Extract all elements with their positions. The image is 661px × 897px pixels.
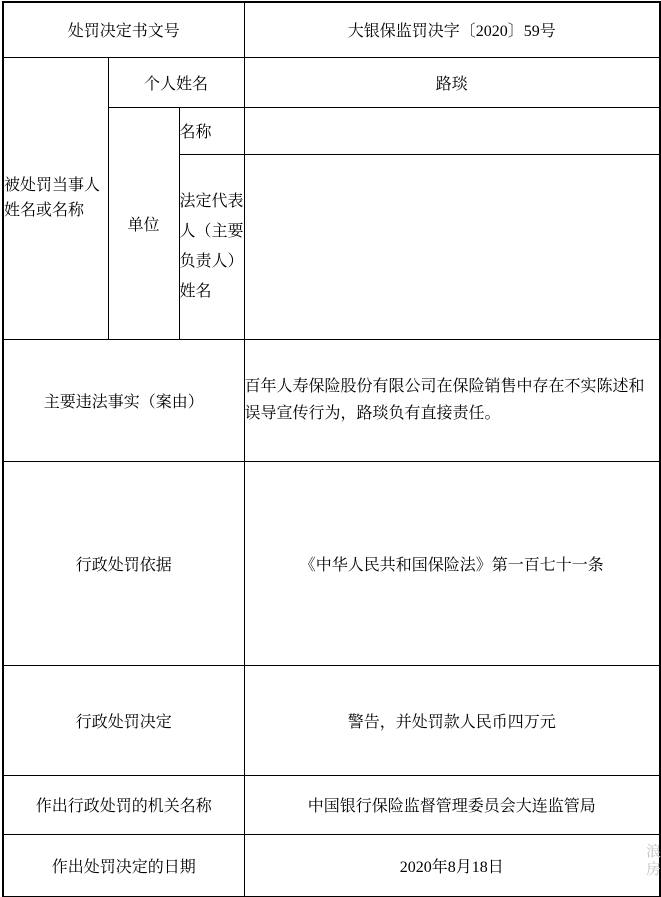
party-name-label: 被处罚当事人姓名或名称 xyxy=(3,57,108,339)
row-basis: 行政处罚依据 《中华人民共和国保险法》第一百七十一条 xyxy=(3,461,660,665)
basis-value: 《中华人民共和国保险法》第一百七十一条 xyxy=(244,461,660,665)
individual-name-value: 路琰 xyxy=(244,57,660,107)
row-doc-number: 处罚决定书文号 大银保监罚决字〔2020〕59号 xyxy=(3,2,660,57)
facts-label: 主要违法事实（案由） xyxy=(3,339,244,461)
org-label: 单位 xyxy=(108,107,179,339)
row-individual-name: 被处罚当事人姓名或名称 个人姓名 路琰 xyxy=(3,57,660,107)
org-name-value xyxy=(244,107,660,154)
doc-number-value: 大银保监罚决字〔2020〕59号 xyxy=(244,2,660,57)
decision-value: 警告，并处罚款人民币四万元 xyxy=(244,665,660,775)
row-facts: 主要违法事实（案由） 百年人寿保险股份有限公司在保险销售中存在不实陈述和误导宣传… xyxy=(3,339,660,461)
authority-value: 中国银行保险监督管理委员会大连监管局 xyxy=(244,775,660,834)
date-value: 2020年8月18日 xyxy=(244,834,660,897)
facts-value: 百年人寿保险股份有限公司在保险销售中存在不实陈述和误导宣传行为，路琰负有直接责任… xyxy=(244,339,660,461)
authority-label: 作出行政处罚的机关名称 xyxy=(3,775,244,834)
row-authority: 作出行政处罚的机关名称 中国银行保险监督管理委员会大连监管局 xyxy=(3,775,660,834)
org-name-label: 名称 xyxy=(179,107,244,154)
doc-number-label: 处罚决定书文号 xyxy=(3,2,244,57)
date-label: 作出处罚决定的日期 xyxy=(3,834,244,897)
legal-rep-value xyxy=(244,154,660,339)
basis-label: 行政处罚依据 xyxy=(3,461,244,665)
decision-label: 行政处罚决定 xyxy=(3,665,244,775)
row-decision: 行政处罚决定 警告，并处罚款人民币四万元 xyxy=(3,665,660,775)
legal-rep-label: 法定代表人（主要负责人）姓名 xyxy=(179,154,244,339)
row-date: 作出处罚决定的日期 2020年8月18日 xyxy=(3,834,660,897)
individual-name-label: 个人姓名 xyxy=(108,57,244,107)
penalty-decision-table: 处罚决定书文号 大银保监罚决字〔2020〕59号 被处罚当事人姓名或名称 个人姓… xyxy=(2,1,661,897)
